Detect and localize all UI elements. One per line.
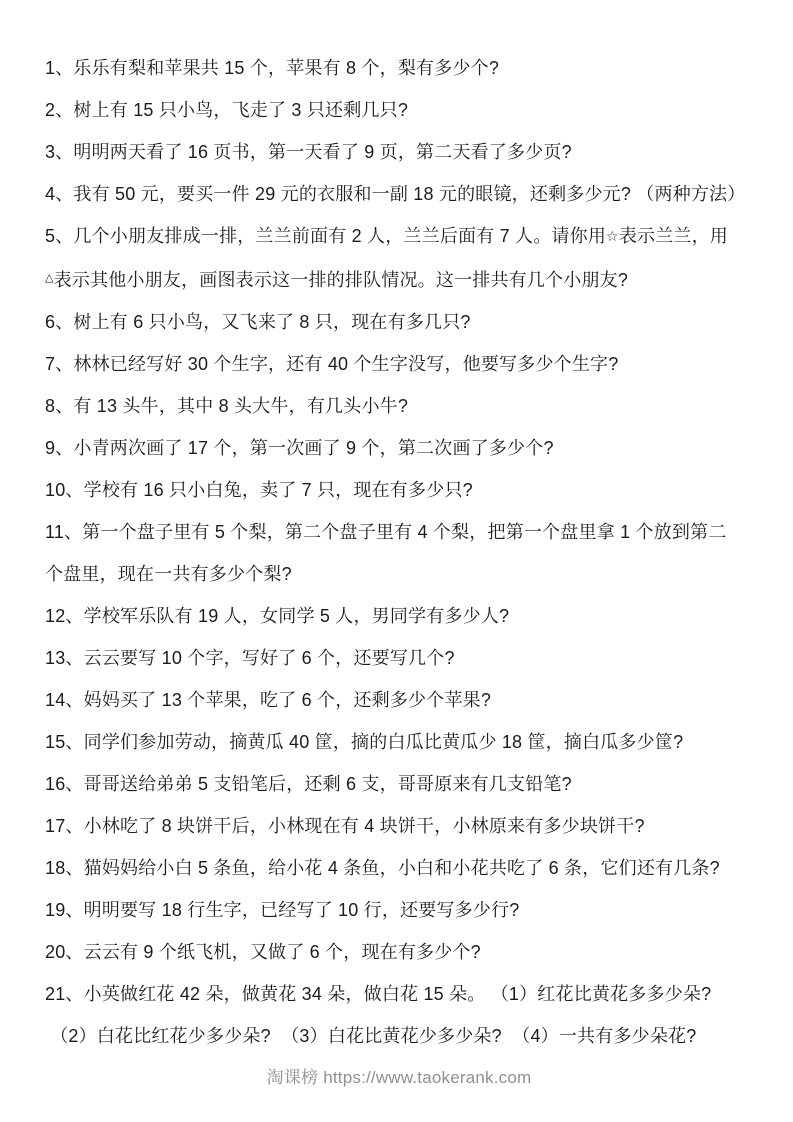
question-1-line: 1、乐乐有梨和苹果共 15 个，苹果有 8 个，梨有多少个? — [45, 47, 753, 89]
question-21-line: 21、小英做红花 42 朵，做黄花 34 朵，做白花 15 朵。 （1）红花比黄… — [45, 973, 753, 1015]
question-21-line: （2）白花比红花少多少朵? （3）白花比黄花少多少朵? （4）一共有多少朵花? — [45, 1015, 753, 1057]
question-11-line: 个盘里，现在一共有多少个梨? — [45, 553, 753, 595]
footer-site-name: 淘课榜 — [267, 1068, 319, 1087]
question-4-line: 4、我有 50 元，要买一件 29 元的衣服和一副 18 元的眼镜，还剩多少元?… — [45, 173, 753, 215]
question-5-line: △表示其他小朋友，画图表示这一排的排队情况。这一排共有几个小朋友? — [45, 257, 753, 301]
worksheet-page: 1、乐乐有梨和苹果共 15 个，苹果有 8 个，梨有多少个?2、树上有 15 只… — [0, 0, 793, 1122]
question-19-line: 19、明明要写 18 行生字，已经写了 10 行，还要写多少行? — [45, 889, 753, 931]
question-14-line: 14、妈妈买了 13 个苹果，吃了 6 个，还剩多少个苹果? — [45, 679, 753, 721]
question-17-line: 17、小林吃了 8 块饼干后，小林现在有 4 块饼干，小林原来有多少块饼干? — [45, 805, 753, 847]
triangle-symbol: △ — [45, 257, 54, 299]
question-20-line: 20、云云有 9 个纸飞机，又做了 6 个，现在有多少个? — [45, 931, 753, 973]
question-15-line: 15、同学们参加劳动，摘黄瓜 40 筐，摘的白瓜比黄瓜少 18 筐，摘白瓜多少筐… — [45, 721, 753, 763]
question-3-line: 3、明明两天看了 16 页书，第一天看了 9 页，第二天看了多少页? — [45, 131, 753, 173]
question-6-line: 6、树上有 6 只小鸟，又飞来了 8 只，现在有多几只? — [45, 301, 753, 343]
question-7-line: 7、林林已经写好 30 个生字，还有 40 个生字没写，他要写多少个生字? — [45, 343, 753, 385]
question-18-line: 18、猫妈妈给小白 5 条鱼，给小花 4 条鱼，小白和小花共吃了 6 条，它们还… — [45, 847, 753, 889]
footer-url: https://www.taokerank.com — [323, 1068, 531, 1087]
question-13-line: 13、云云要写 10 个字，写好了 6 个，还要写几个? — [45, 637, 753, 679]
question-10-line: 10、学校有 16 只小白兔，卖了 7 只，现在有多少只? — [45, 469, 753, 511]
question-9-line: 9、小青两次画了 17 个，第一次画了 9 个，第二次画了多少个? — [45, 427, 753, 469]
question-list: 1、乐乐有梨和苹果共 15 个，苹果有 8 个，梨有多少个?2、树上有 15 只… — [45, 47, 753, 1057]
question-11-line: 11、第一个盘子里有 5 个梨，第二个盘子里有 4 个梨，把第一个盘里拿 1 个… — [45, 511, 753, 553]
question-12-line: 12、学校军乐队有 19 人，女同学 5 人，男同学有多少人? — [45, 595, 753, 637]
question-8-line: 8、有 13 头牛，其中 8 头大牛，有几头小牛? — [45, 385, 753, 427]
question-5-line: 5、几个小朋友排成一排，兰兰前面有 2 人，兰兰后面有 7 人。请你用☆表示兰兰… — [45, 215, 753, 257]
star-symbol: ☆ — [606, 215, 619, 257]
question-2-line: 2、树上有 15 只小鸟，飞走了 3 只还剩几只? — [45, 89, 753, 131]
footer-watermark: 淘课榜https://www.taokerank.com — [45, 1057, 753, 1099]
question-16-line: 16、哥哥送给弟弟 5 支铅笔后，还剩 6 支，哥哥原来有几支铅笔? — [45, 763, 753, 805]
